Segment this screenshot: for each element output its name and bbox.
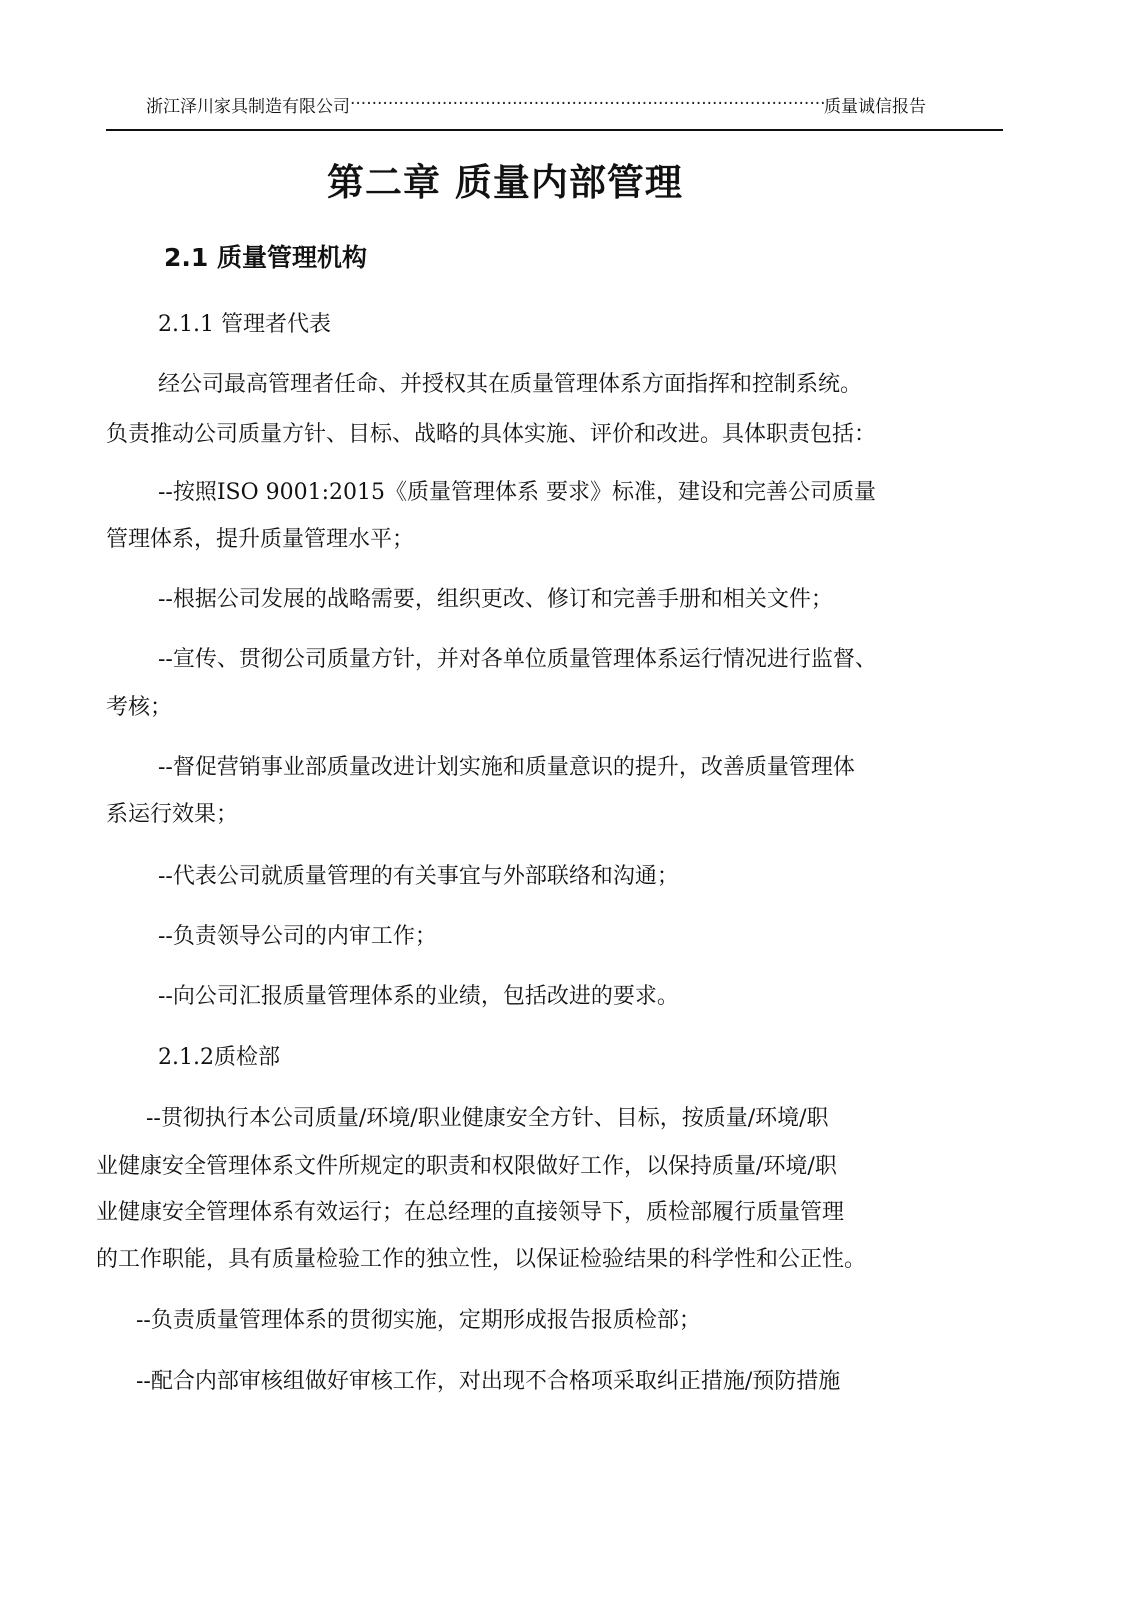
paragraph-line: 系运行效果；: [106, 800, 238, 830]
paragraph-line: --配合内部审核组做好审核工作，对出现不合格项采取纠正措施/预防措施: [136, 1367, 840, 1397]
paragraph-line: --向公司汇报质量管理体系的业绩，包括改进的要求。: [158, 982, 679, 1012]
paragraph-line: --负责质量管理体系的贯彻实施，定期形成报告报质检部；: [136, 1306, 701, 1336]
paragraph-line: --宣传、贯彻公司质量方针，并对各单位质量管理体系运行情况进行监督、: [158, 645, 877, 675]
paragraph-line: 管理体系，提升质量管理水平；: [106, 525, 414, 555]
header-leader-dots: ········································…: [350, 94, 824, 114]
header-divider: [106, 129, 1003, 131]
paragraph-line: --根据公司发展的战略需要，组织更改、修订和完善手册和相关文件；: [158, 585, 833, 615]
chapter-title: 第二章 质量内部管理: [0, 152, 1010, 206]
paragraph-line: 的工作职能，具有质量检验工作的独立性，以保证检验结果的科学性和公正性。: [96, 1245, 866, 1275]
header-company: 浙江泽川家具制造有限公司: [146, 92, 350, 117]
section-title: 2.1 质量管理机构: [164, 238, 367, 274]
paragraph-line: --按照ISO 9001:2015《质量管理体系 要求》标准，建设和完善公司质量: [158, 478, 876, 508]
paragraph-line: 业健康安全管理体系有效运行；在总经理的直接领导下，质检部履行质量管理: [96, 1198, 844, 1228]
paragraph-line: 业健康安全管理体系文件所规定的职责和权限做好工作，以保持质量/环境/职: [96, 1152, 837, 1182]
subsection-title: 2.1.2质检部: [158, 1043, 280, 1073]
paragraph-line: --代表公司就质量管理的有关事宜与外部联络和沟通；: [158, 862, 679, 892]
paragraph-line: 负责推动公司质量方针、目标、战略的具体实施、评价和改进。具体职责包括：: [106, 420, 876, 450]
paragraph-line: 经公司最高管理者任命、并授权其在质量管理体系方面指挥和控制系统。: [158, 370, 862, 400]
header-report-title: 质量诚信报告: [824, 92, 926, 117]
page-header: 浙江泽川家具制造有限公司 ···························…: [146, 90, 926, 118]
paragraph-line: 考核；: [106, 693, 172, 723]
subsection-title: 2.1.1 管理者代表: [158, 310, 331, 340]
paragraph-line: --负责领导公司的内审工作；: [158, 922, 437, 952]
paragraph-line: --督促营销事业部质量改进计划实施和质量意识的提升，改善质量管理体: [158, 753, 855, 783]
paragraph-line: --贯彻执行本公司质量/环境/职业健康安全方针、目标，按质量/环境/职: [146, 1104, 829, 1134]
